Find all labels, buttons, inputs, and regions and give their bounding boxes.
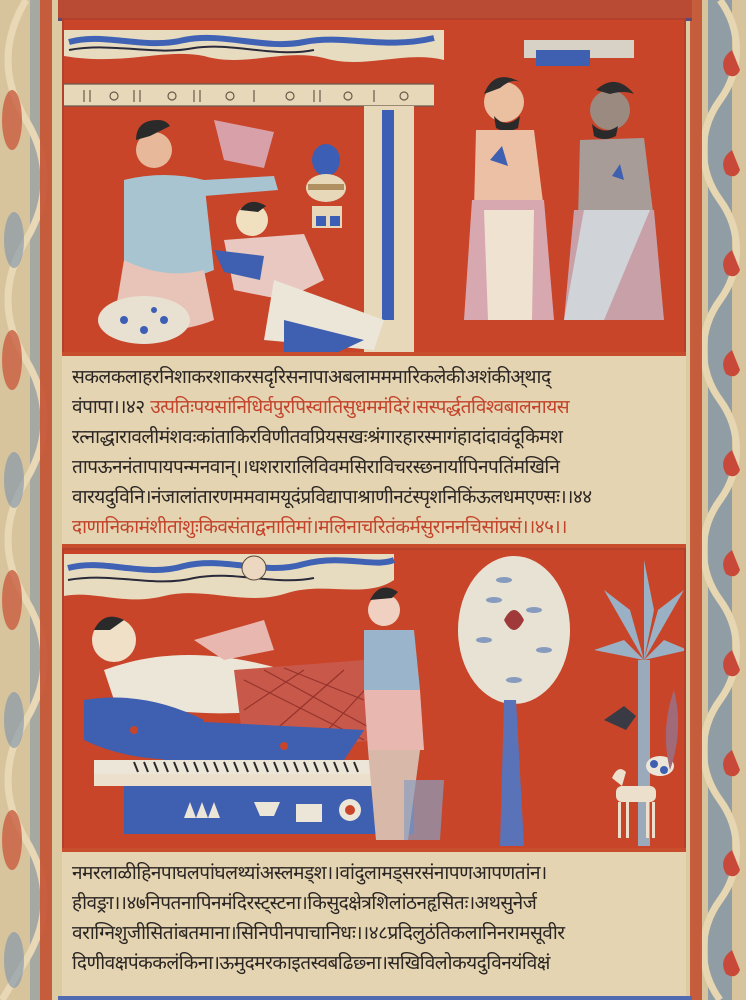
text-line-1: नमरलाळीहिनपाघलपांघलथ्यांअस्लमड्श।।वांदुल… (72, 858, 676, 888)
text-line-2: वंपापा।।४२ उत्पतिःपयसांनिधिर्वपुरपिस्वात… (72, 392, 676, 422)
text-line-4: दिणीवक्षपंककलंकिना।ऊमुदमरकाइतस्वबढिछ्ना।… (72, 948, 676, 978)
text-line-6-rubric: दाणानिकामंशीतांशुःकिवसंताद्वनातिमां।मलिन… (72, 512, 676, 542)
text-span: वंपापा।।४२ (72, 396, 150, 418)
left-red-rule (40, 0, 52, 1000)
text-span: तापऊननंतापायपन्मनवान्।।धशरारालिविवमसिराव… (72, 456, 559, 478)
upper-scene-illustration (64, 20, 686, 354)
lotus-icon (184, 802, 220, 818)
text-span-rubric: उत्पतिःपयसांनिधिर्वपुरपिस्वातिसुधममंदिरं… (150, 396, 569, 418)
lower-painting-panel (62, 548, 686, 852)
text-span: दिणीवक्षपंककलंकिना।ऊमुदमरकाइतस्वबढिछ्ना।… (72, 952, 550, 974)
moon-icon (242, 556, 266, 580)
text-line-3: वराग्निशुजीसितांबतमाना।सिनिपीनपाचानिधः।।… (72, 918, 676, 948)
text-span: वराग्निशुजीसितांबतमाना।सिनिपीनपाचानिधः।।… (72, 922, 565, 944)
cloud-band-icon (64, 30, 444, 62)
text-span: वारयदुविनि।नंजालांतारणममवामयूदंप्रविद्या… (72, 486, 592, 508)
text-line-3: रत्नाद्धारावलीमंशवःकांताकिरविणीतवप्रियसख… (72, 422, 676, 452)
text-span-rubric: दाणानिकामंशीतांशुःकिवसंताद्वनातिमां।मलिन… (72, 516, 567, 538)
couch-icon (94, 760, 414, 834)
text-block-verses-44-45: सकलकलाहरनिशाकरशाकरसदृरिसनापाअबलामममारिकल… (62, 352, 686, 548)
text-span: रत्नाद्धारावलीमंशवःकांताकिरविणीतवप्रियसख… (72, 426, 562, 448)
text-line-2: हीवङ्रा।।४७निपतनापिनमंदिरस्ट्स्टना।किसुद… (72, 888, 676, 918)
bottom-edge-strip (58, 996, 692, 1000)
text-span: सकलकलाहरनिशाकरशाकरसदृरिसनापाअबलामममारिकल… (72, 366, 551, 388)
manuscript-folio: सकलकलाहरनिशाकरशाकरसदृरिसनापाअबलामममारिकल… (0, 0, 746, 1000)
text-block-verses-47-48: नमरलाळीहिनपाघलपांघलथ्यांअस्लमड्श।।वांदुल… (62, 848, 686, 1000)
text-span: नमरलाळीहिनपाघलपांघलथ्यांअस्लमड्श।।वांदुल… (72, 862, 547, 884)
lower-scene-illustration (64, 550, 686, 850)
text-line-5: वारयदुविनि।नंजालांतारणममवामयूदंप्रविद्या… (72, 482, 676, 512)
text-line-4: तापऊननंतापायपन्मनवान्।।धशरारालिविवमसिराव… (72, 452, 676, 482)
text-line-1: सकलकलाहरनिशाकरशाकरसदृरिसनापाअबलामममारिकल… (72, 362, 676, 392)
right-red-rule (690, 0, 702, 1000)
upper-painting-panel (62, 18, 686, 356)
text-span: हीवङ्रा।।४७निपतनापिनमंदिरस्ट्स्टना।किसुद… (72, 892, 536, 914)
